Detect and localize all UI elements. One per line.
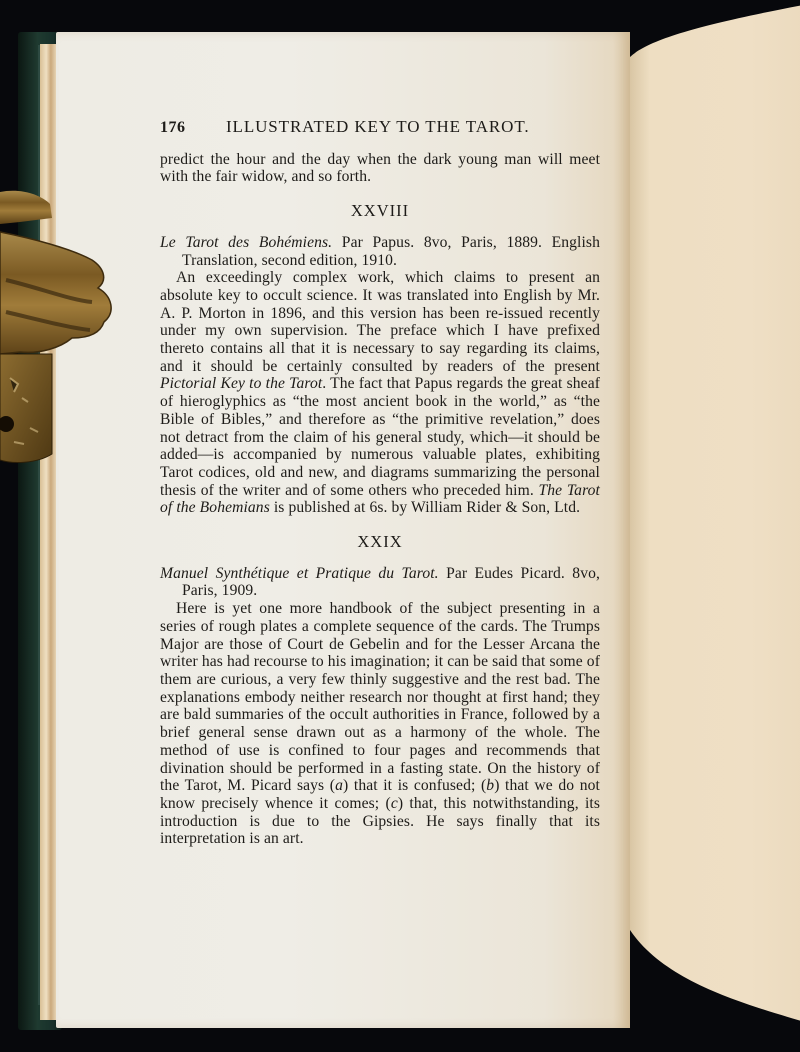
brass-book-clasp-icon: [0, 188, 118, 464]
bibliography-entry-xxviii: Le Tarot des Bohémiens. Par Papus. 8vo, …: [160, 234, 600, 269]
list-marker: b: [486, 777, 494, 794]
entry-title: Manuel Synthétique et Pratique du Tarot.: [160, 565, 439, 582]
page-content: 176 ILLUSTRATED KEY TO THE TAROT. predic…: [160, 118, 600, 848]
entry-title: Le Tarot des Bohémiens.: [160, 234, 332, 251]
body-text: . The fact that Papus regards the great …: [160, 375, 600, 498]
page-number: 176: [160, 119, 226, 137]
body-text: An exceedingly complex work, which claim…: [160, 269, 600, 375]
list-marker: c: [391, 795, 398, 812]
page-header: 176 ILLUSTRATED KEY TO THE TAROT.: [160, 118, 600, 137]
opening-paragraph: predict the hour and the day when the da…: [160, 151, 600, 186]
section-numeral-xxviii: XXVIII: [160, 202, 600, 220]
section-body-xxviii: An exceedingly complex work, which claim…: [160, 269, 600, 517]
body-text: ) that it is confused; (: [343, 777, 486, 794]
running-head: ILLUSTRATED KEY TO THE TAROT.: [226, 118, 530, 136]
body-text: is published at 6s. by William Rider & S…: [270, 499, 580, 516]
italic-title: Pictorial Key to the Tarot: [160, 375, 322, 392]
bibliography-entry-xxix: Manuel Synthétique et Pratique du Tarot.…: [160, 565, 600, 600]
right-page-blank: [630, 0, 800, 1052]
section-numeral-xxix: XXIX: [160, 533, 600, 551]
body-text: Here is yet one more handbook of the sub…: [160, 600, 600, 794]
list-marker: a: [335, 777, 343, 794]
section-body-xxix: Here is yet one more handbook of the sub…: [160, 600, 600, 848]
